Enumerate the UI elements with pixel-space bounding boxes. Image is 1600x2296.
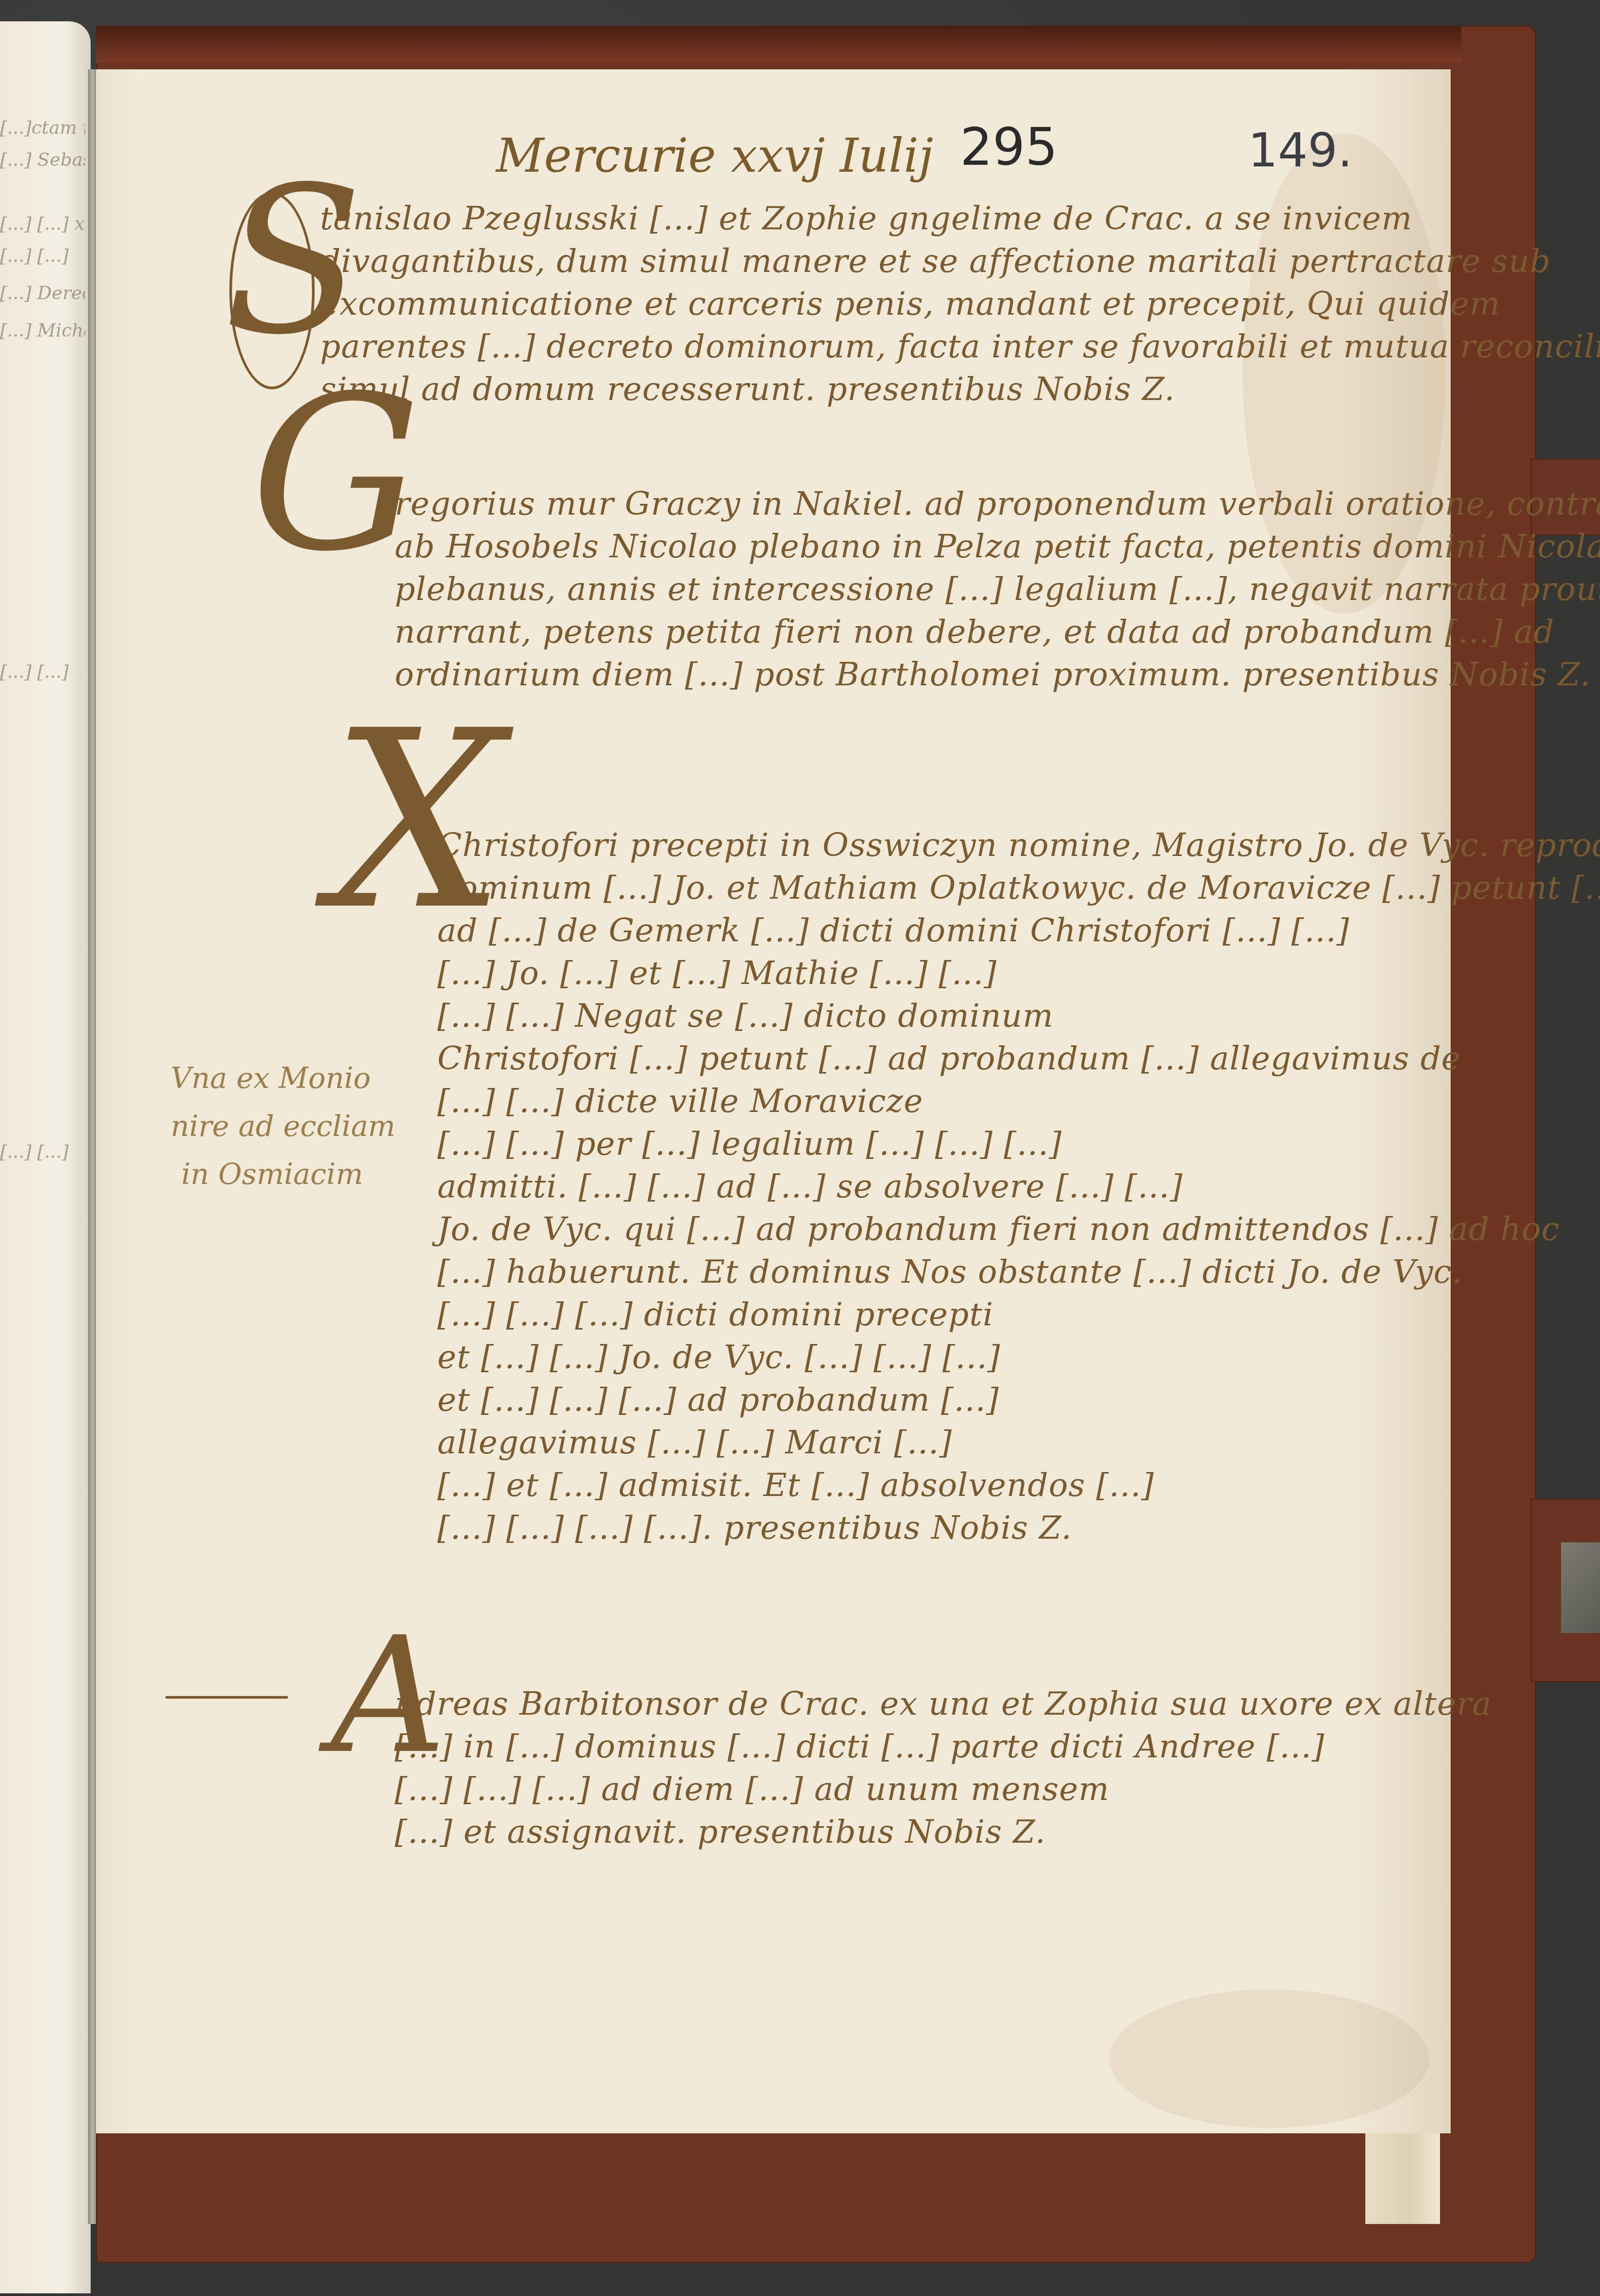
text-line: regorius mur Graczy in Nakiel. ad propon…	[395, 485, 1600, 523]
clasp-metal-plate	[1561, 1542, 1600, 1633]
text-line: excommunicatione et carceris penis, mand…	[320, 285, 1500, 323]
manuscript-page: Mercurie xxvj Iulij 295 149. S tanislao …	[96, 69, 1451, 2133]
margin-note: Vna ex Monio	[171, 1061, 371, 1095]
text-line: et [...] [...] [...] ad probandum [...]	[437, 1381, 999, 1419]
text-line: allegavimus [...] [...] Marci [...]	[437, 1424, 952, 1461]
text-line: Christofori precepti in Osswiczyn nomine…	[437, 827, 1600, 864]
left-page-line: [...] [...]	[0, 245, 85, 267]
cover-top-edge	[96, 26, 1461, 63]
initial-letter: X	[331, 699, 505, 944]
text-line: [...] [...] per [...] legalium [...] [..…	[437, 1125, 1062, 1163]
text-line: [...] Jo. [...] et [...] Mathie [...] [.…	[437, 955, 997, 992]
text-line: Christofori [...] petunt [...] ad proban…	[437, 1040, 1461, 1077]
margin-note: in Osmiacim	[181, 1157, 363, 1191]
left-page-line: [...] Derecha	[0, 283, 85, 304]
text-line: Jo. de Vyc. qui [...] ad probandum fieri…	[437, 1211, 1560, 1248]
left-page-line: [...] [...] xxx	[0, 213, 85, 235]
text-line: [...] [...] [...] dicti domini precepti	[437, 1296, 994, 1333]
page-heading: Mercurie xxvj Iulij	[496, 128, 933, 183]
text-line: ab Hosobels Nicolao plebano in Pelza pet…	[395, 528, 1600, 565]
new-folio-number: 149.	[1248, 123, 1353, 178]
clasp-strap	[1531, 1499, 1600, 1682]
text-line: ad [...] de Gemerk [...] dicti domini Ch…	[437, 912, 1349, 949]
left-page-line: [...] Michael	[0, 320, 85, 341]
text-line: et [...] [...] Jo. de Vyc. [...] [...] […	[437, 1339, 1001, 1376]
text-line: tanislao Pzeglusski [...] et Zophie gnge…	[320, 200, 1412, 237]
text-line: ndreas Barbitonsor de Crac. ex una et Zo…	[395, 1685, 1492, 1723]
text-line: ordinarium diem [...] post Bartholomei p…	[395, 656, 1591, 693]
left-page-line: [...]ctam redimentur	[0, 117, 85, 139]
text-line: [...] habuerunt. Et dominus Nos obstante…	[437, 1253, 1462, 1291]
left-page-line: [...] Sebastian [...]	[0, 149, 85, 171]
water-stain	[1109, 1989, 1429, 2128]
text-line: dominum [...] Jo. et Mathiam Oplatkowyc.…	[437, 869, 1600, 907]
margin-note: nire ad eccliam	[171, 1109, 395, 1143]
left-page-line: [...] [...]	[0, 1141, 85, 1163]
old-folio-number: 295	[960, 117, 1058, 177]
text-line: [...] et assignavit. presentibus Nobis Z…	[395, 1813, 1046, 1851]
text-line: narrant, petens petita fieri non debere,…	[395, 613, 1555, 651]
left-facing-page: [...]ctam redimentur [...] Sebastian [..…	[0, 21, 91, 2293]
text-line: simul ad domum recesserunt. presentibus …	[320, 371, 1175, 408]
entry-flourish-line	[165, 1696, 288, 1699]
text-line: [...] et [...] admisit. Et [...] absolve…	[437, 1467, 1154, 1504]
left-page-line: [...] [...]	[0, 661, 85, 683]
text-line: [...] [...] dicte ville Moravicze	[437, 1083, 923, 1120]
text-line: [...] [...] [...] [...]. presentibus Nob…	[437, 1509, 1072, 1547]
text-line: [...] in [...] dominus [...] dicti [...]…	[395, 1728, 1325, 1765]
text-line: admitti. [...] [...] ad [...] se absolve…	[437, 1168, 1183, 1205]
text-line: divagantibus, dum simul manere et se aff…	[320, 243, 1551, 280]
text-line: parentes [...] decreto dominorum, facta …	[320, 328, 1600, 365]
text-line: plebanus, annis et intercessione [...] l…	[395, 571, 1600, 608]
text-line: [...] [...] Negat se [...] dicto dominum	[437, 997, 1053, 1035]
text-line: [...] [...] [...] ad diem [...] ad unum …	[395, 1771, 1109, 1808]
